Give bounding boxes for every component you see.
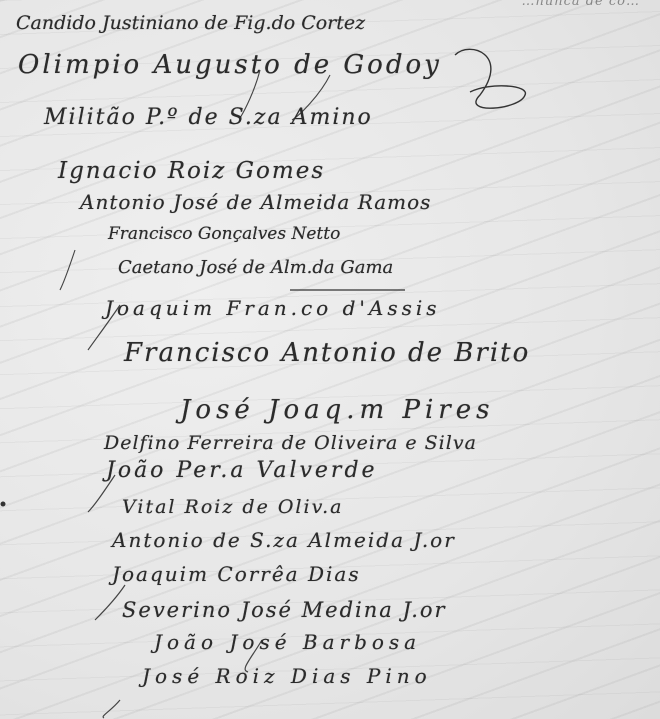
signature-line: Severino José Medina J.or	[122, 598, 447, 622]
signature-line: Joaquim Corrêa Dias	[112, 562, 361, 586]
signature-text: Caetano José de Alm.da Gama	[118, 257, 393, 278]
signature-line: Candido Justiniano de Fig.do Cortez	[16, 12, 365, 34]
signature-line: Caetano José de Alm.da Gama	[118, 257, 393, 278]
signature-line: Antonio José de Almeida Ramos	[80, 190, 431, 214]
signature-line: Vital Roiz de Oliv.a	[122, 496, 343, 518]
signature-line: Olimpio Augusto de Godoy	[18, 50, 442, 80]
document-page: …nunca de co… Candido Justiniano de Fig.…	[0, 0, 660, 719]
signature-line: João Per.a Valverde	[106, 458, 378, 483]
signature-text: José Roiz Dias Pino	[142, 664, 432, 688]
header-fragment: …nunca de co…	[521, 0, 640, 9]
signature-text: Joaquim Fran.co d'Assis	[105, 296, 441, 320]
signature-line: José Roiz Dias Pino	[142, 664, 432, 688]
signature-text: João Per.a Valverde	[106, 458, 378, 483]
signature-line: Militão P.º de S.za Amino	[44, 105, 373, 130]
signature-text: Francisco Antonio de Brito	[124, 338, 530, 368]
signature-line: Francisco Gonçalves Netto	[108, 224, 340, 244]
signature-text: Vital Roiz de Oliv.a	[122, 496, 343, 518]
signature-line: Delfino Ferreira de Oliveira e Silva	[104, 432, 477, 454]
signature-text: Francisco Gonçalves Netto	[108, 224, 340, 244]
signature-line: Francisco Antonio de Brito	[124, 338, 530, 368]
signature-text: José Joaq.m Pires	[180, 395, 494, 425]
signature-text: Antonio de S.za Almeida J.or	[112, 528, 456, 552]
signature-text: Antonio José de Almeida Ramos	[80, 190, 431, 214]
signature-line: José Joaq.m Pires	[180, 395, 494, 425]
signature-text: Ignacio Roiz Gomes	[58, 158, 325, 184]
signature-line: Joaquim Fran.co d'Assis	[105, 296, 441, 320]
signature-text: João José Barbosa	[154, 630, 421, 654]
signature-line: Antonio de S.za Almeida J.or	[112, 528, 456, 552]
signature-text: Candido Justiniano de Fig.do Cortez	[16, 12, 365, 34]
signature-line: João José Barbosa	[154, 630, 421, 654]
signature-line: Ignacio Roiz Gomes	[58, 158, 325, 184]
signature-text: Joaquim Corrêa Dias	[112, 562, 361, 586]
signature-text: Olimpio Augusto de Godoy	[18, 50, 442, 80]
signature-text: Severino José Medina J.or	[122, 598, 447, 622]
signature-text: Delfino Ferreira de Oliveira e Silva	[104, 432, 477, 454]
signature-text: Militão P.º de S.za Amino	[44, 105, 373, 130]
